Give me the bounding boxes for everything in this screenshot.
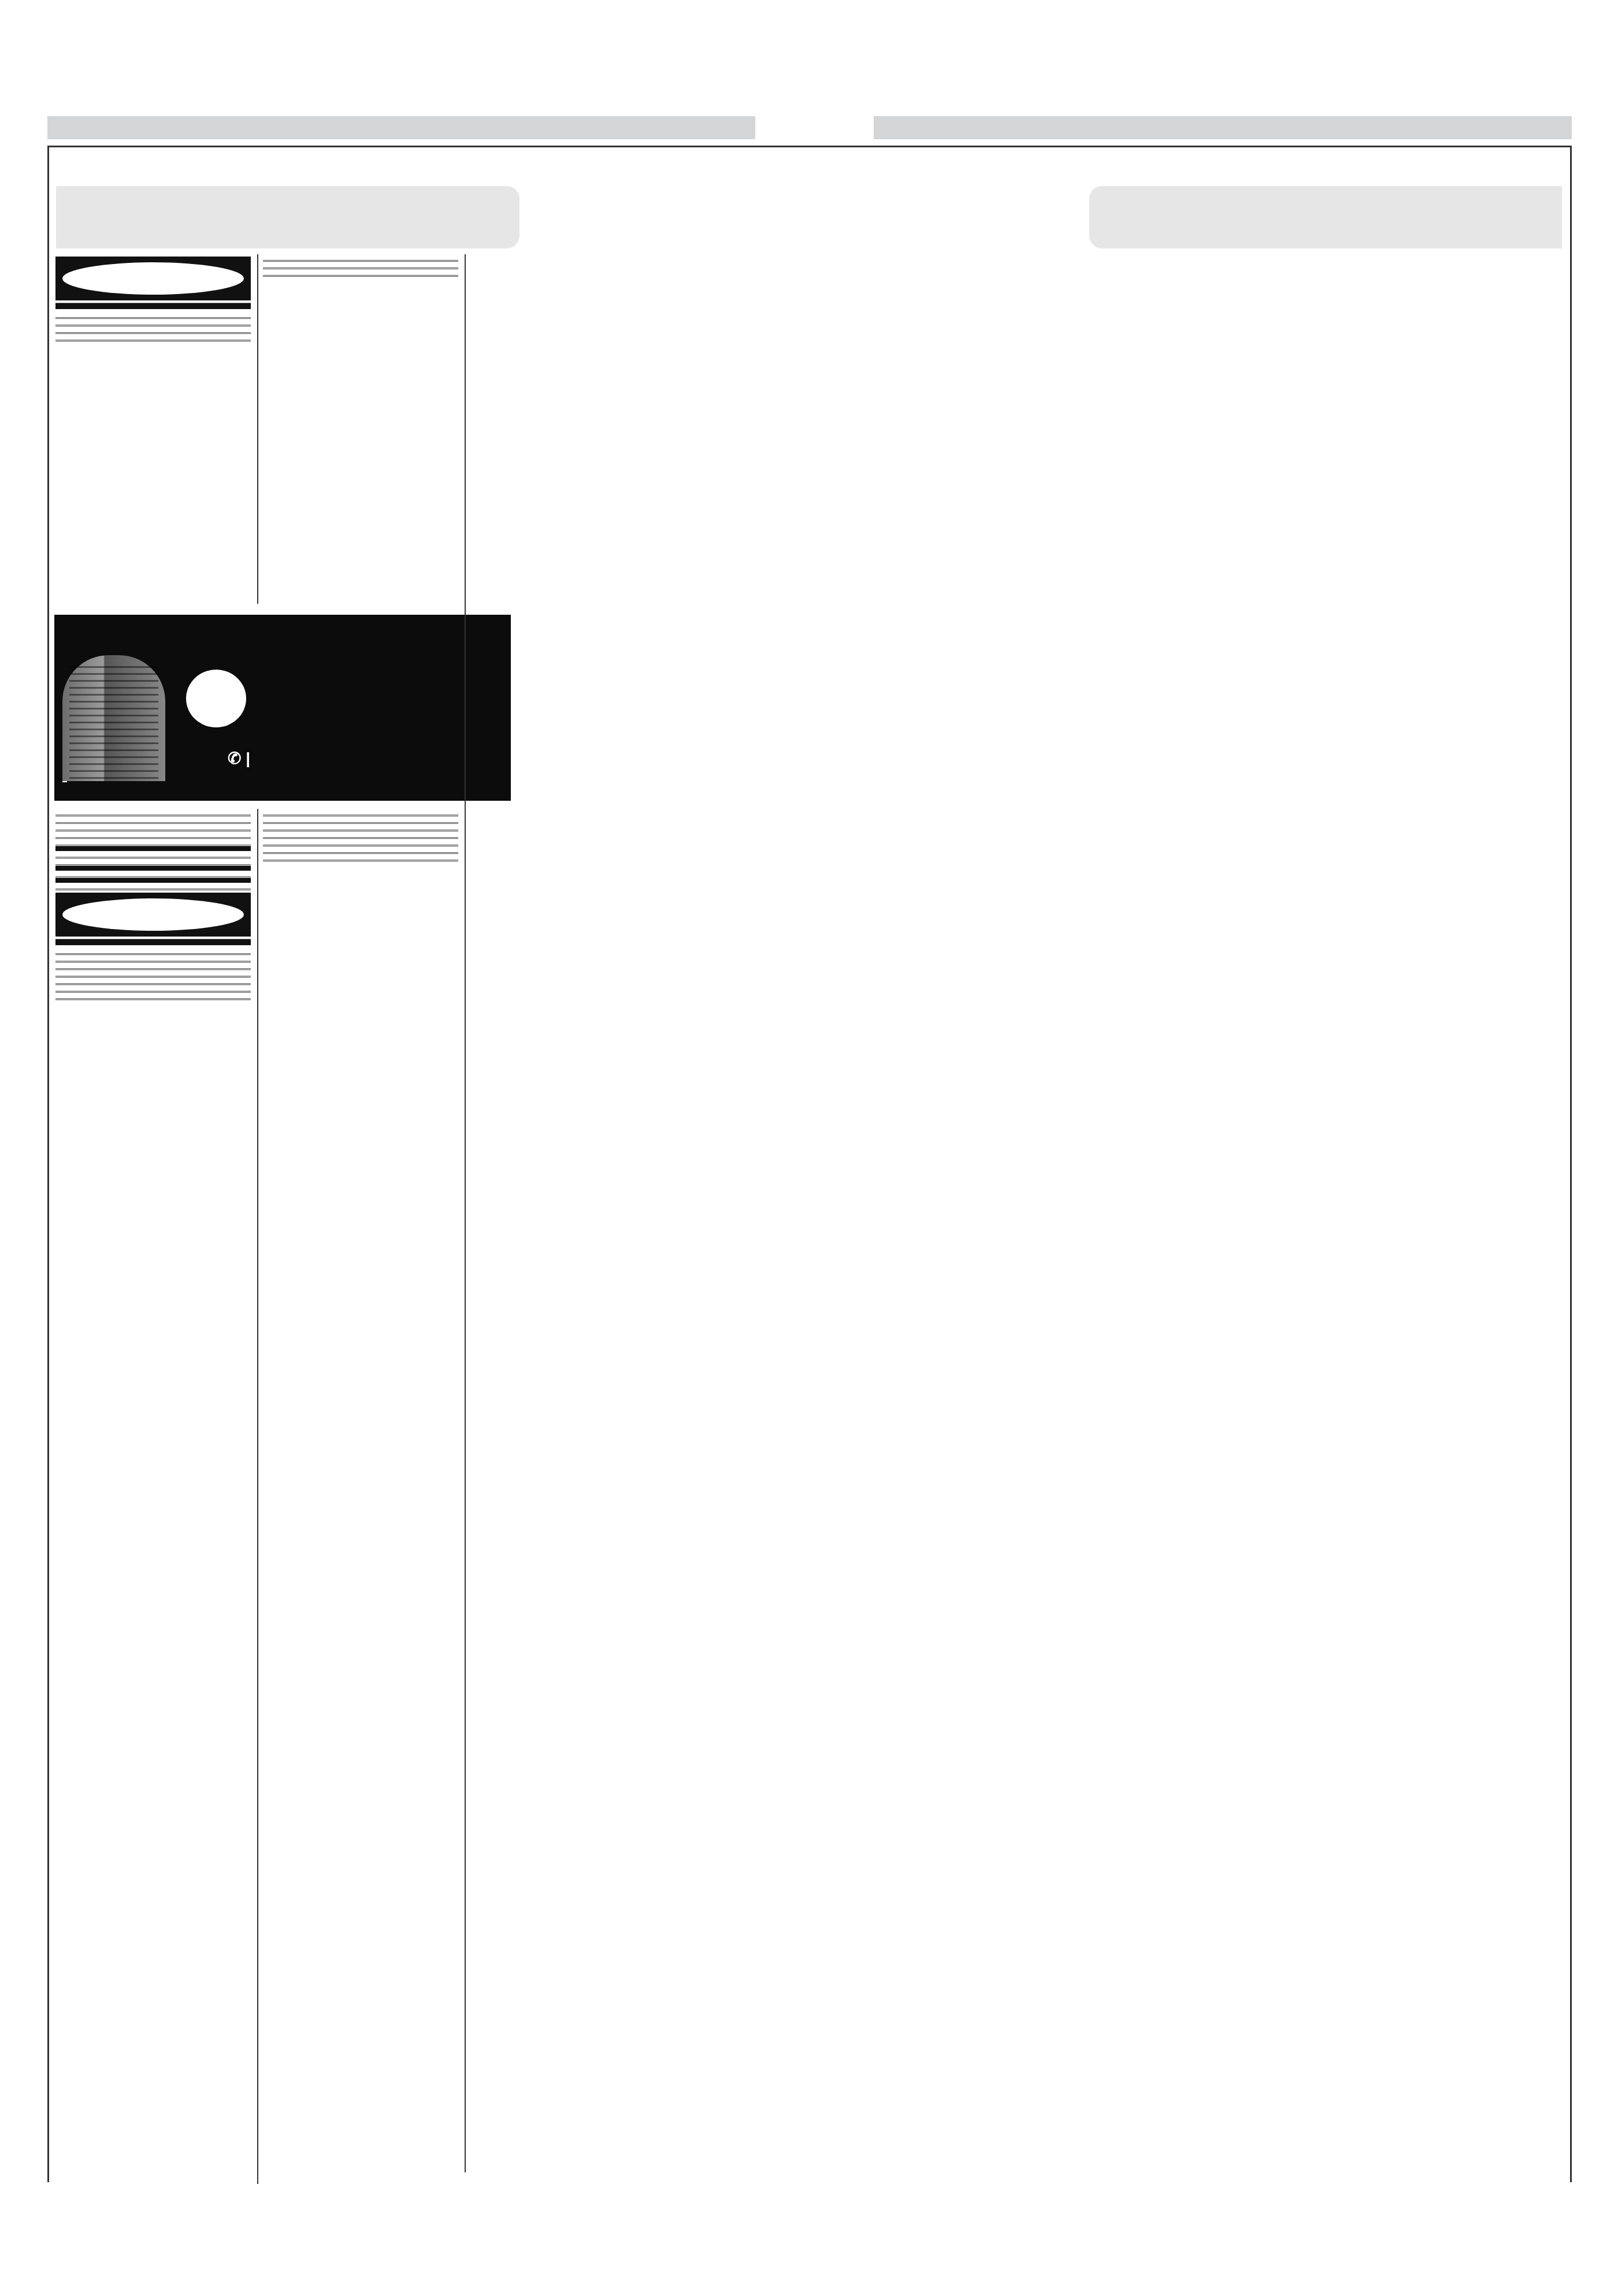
classified-ad — [263, 269, 458, 277]
classified-ad — [263, 854, 458, 861]
classified-ad — [55, 809, 251, 816]
classified-ad — [55, 816, 251, 824]
section-header-waghodia — [55, 893, 251, 937]
column-1-top — [55, 254, 251, 612]
classified-ad — [263, 816, 458, 824]
classified-ad — [263, 831, 458, 839]
classified-ad — [263, 262, 458, 269]
display-ad-yogi-ananya[interactable]: ✆ | — [54, 615, 511, 801]
classified-ad — [55, 948, 251, 955]
classified-ad — [55, 831, 251, 839]
classified-ad — [55, 970, 251, 978]
column-divider — [465, 254, 466, 2172]
ad-amenities — [62, 781, 67, 782]
call-banner — [1089, 186, 1562, 248]
classified-ad — [263, 846, 458, 854]
section-header-manjalpur — [55, 257, 251, 300]
column-divider — [257, 809, 258, 2184]
classified-ad — [55, 963, 251, 970]
header-rule-left — [47, 116, 755, 139]
classified-ad — [55, 839, 251, 846]
sample-flat-badge — [186, 670, 246, 727]
subheader-wanted — [55, 866, 251, 871]
column-1-bottom — [55, 809, 251, 2184]
classifieds-banner — [56, 186, 519, 248]
column-divider — [257, 254, 258, 604]
classified-ad — [263, 254, 458, 262]
phone-icon: ✆ | — [228, 749, 250, 767]
classified-ad — [55, 883, 251, 890]
column-2-bottom — [263, 809, 458, 2184]
column-2-top — [263, 254, 458, 612]
classified-ad — [263, 824, 458, 831]
classified-ad — [55, 851, 251, 859]
classified-ad — [55, 871, 251, 878]
classified-ad — [55, 993, 251, 1000]
subheader-for-sale — [55, 939, 251, 945]
header-rule-right — [874, 116, 1572, 139]
subheader-for-rent — [55, 846, 251, 851]
column-3-top-narrow — [469, 254, 555, 612]
page-header — [17, 81, 1601, 116]
classified-ad — [55, 859, 251, 866]
newspaper-name — [1529, 81, 1537, 105]
classified-ad — [55, 334, 251, 341]
classified-ad — [55, 326, 251, 334]
classified-ad — [55, 985, 251, 993]
classified-ad — [55, 311, 251, 319]
building-image — [62, 655, 165, 781]
classified-ad — [55, 978, 251, 985]
subheader-for-sale — [55, 303, 251, 309]
ad-phones: ✆ | — [228, 749, 250, 768]
classified-ad — [55, 824, 251, 831]
classified-ad — [55, 319, 251, 326]
subheader-wanted-rent — [55, 878, 251, 883]
classified-ad — [263, 839, 458, 846]
classified-ad — [263, 809, 458, 816]
classified-ad — [55, 955, 251, 963]
